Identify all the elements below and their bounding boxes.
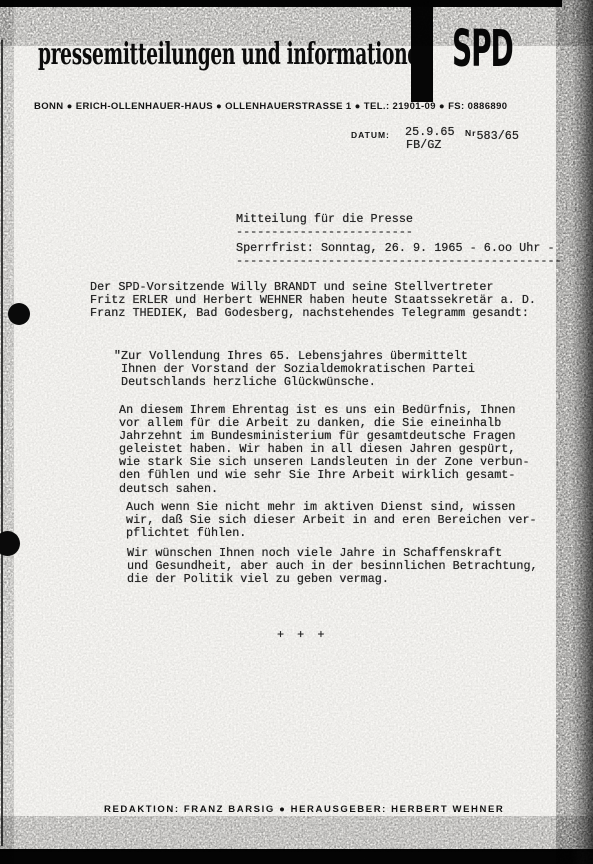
notice-title-block: Mitteilung für die Presse --------------…	[236, 213, 413, 239]
scan-left-edge-line	[1, 40, 3, 846]
embargo-rule: ----------------------------------------…	[236, 254, 562, 268]
number-label: Nr	[465, 128, 476, 138]
datum-label: DATUM:	[351, 130, 390, 140]
end-separator: + + +	[277, 629, 327, 642]
scan-right-edge-shadow	[571, 0, 593, 864]
embargo-text: Sperrfrist: Sonntag, 26. 9. 1965 - 6.oo …	[236, 241, 555, 255]
intro-paragraph: Der SPD-Vorsitzende Willy BRANDT und sei…	[90, 281, 536, 320]
imprint-line: REDAKTION: FRANZ BARSIG ● HERAUSGEBER: H…	[104, 804, 504, 815]
punch-hole-bottom	[0, 531, 20, 556]
notice-title: Mitteilung für die Presse	[236, 212, 413, 226]
telegram-paragraph-3: Auch wenn Sie nicht mehr im aktiven Dien…	[126, 501, 537, 540]
punch-hole-top	[8, 303, 30, 325]
scanned-press-release-page: pressemitteilungen und informationen SPD…	[0, 0, 593, 864]
scan-bottom-strip	[0, 849, 593, 864]
telegram-paragraph-1: "Zur Vollendung Ihres 65. Lebensjahres ü…	[121, 350, 475, 389]
document-number: Nr583/65	[465, 126, 519, 144]
embargo-block: Sperrfrist: Sonntag, 26. 9. 1965 - 6.oo …	[236, 242, 562, 268]
telegram-paragraph-2: An diesem Ihrem Ehrentag ist es uns ein …	[119, 404, 530, 496]
logo-divider-bar	[411, 0, 433, 102]
masthead-title: pressemitteilungen und informationen	[38, 40, 432, 70]
reference-code: FB/GZ	[406, 139, 441, 152]
address-line: BONN ● ERICH-OLLENHAUER-HAUS ● OLLENHAUE…	[34, 101, 507, 112]
telegram-paragraph-4: Wir wünschen Ihnen noch viele Jahre in S…	[127, 547, 538, 586]
notice-title-rule: -------------------------	[236, 225, 413, 239]
spd-logo: SPD	[452, 24, 513, 75]
scan-top-strip	[0, 0, 562, 7]
number-value: 583/65	[476, 129, 518, 143]
